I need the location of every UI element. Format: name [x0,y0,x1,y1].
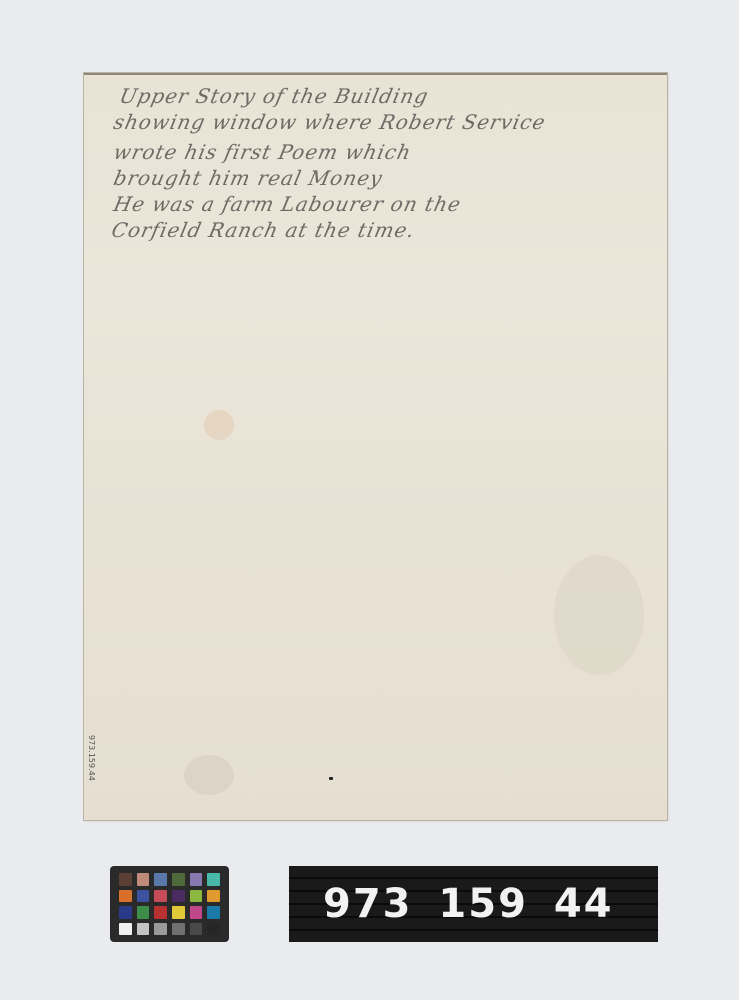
color-swatch [119,873,132,886]
color-swatch [154,906,167,919]
note-line: wrote his first Poem which [111,139,657,165]
color-swatch [190,906,203,919]
color-swatch [207,890,220,903]
note-line: He was a farm Labourer on the [111,191,657,217]
color-swatch [172,906,185,919]
color-swatch [190,890,203,903]
color-swatch [207,923,220,936]
color-swatch [119,906,132,919]
color-swatch [137,906,150,919]
color-swatch [119,890,132,903]
ink-dot [329,777,333,780]
note-line: Upper Story of the Building [117,83,657,109]
note-line: Corfield Ranch at the time. [109,217,657,243]
color-swatch [190,923,203,936]
color-swatch [119,923,132,936]
handwritten-note: Upper Story of the Building showing wind… [114,83,654,243]
stain-mark [554,555,644,675]
accession-label-bar: 973 159 44 [289,866,658,942]
color-swatch [172,873,185,886]
color-swatch [154,890,167,903]
color-swatch [207,906,220,919]
color-swatch [207,873,220,886]
color-swatch [154,923,167,936]
color-swatch [137,873,150,886]
color-swatch [172,890,185,903]
color-swatch [190,873,203,886]
stain-mark [184,755,234,795]
note-line: showing window where Robert Service [111,109,657,135]
color-checker-target [110,866,229,942]
color-swatch [154,873,167,886]
color-swatch [137,923,150,936]
note-line: brought him real Money [111,165,657,191]
photo-card-back: Upper Story of the Building showing wind… [84,73,667,820]
pencil-accession-number: 973.159.44 [87,735,96,781]
accession-label-text: 973 159 44 [323,881,614,927]
color-swatch [172,923,185,936]
color-swatch [137,890,150,903]
stain-mark [204,410,234,440]
